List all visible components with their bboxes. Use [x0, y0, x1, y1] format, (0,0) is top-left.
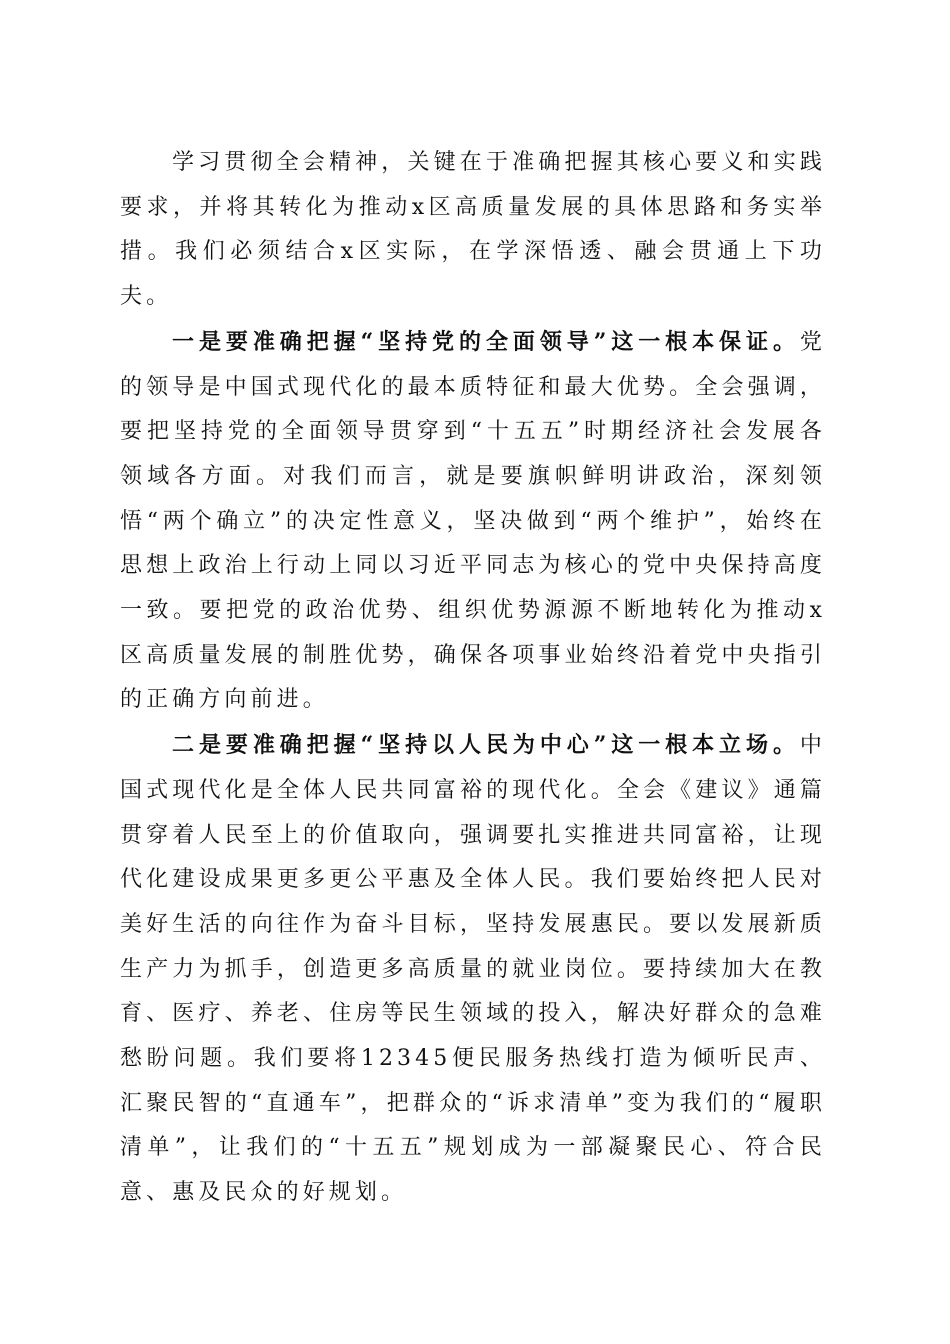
paragraph-intro: 学习贯彻全会精神，关键在于准确把握其核心要义和实践要求，并将其转化为推动x区高质…	[120, 140, 826, 320]
paragraph-lead: 二是要准确把握“坚持以人民为中心”这一根本立场。	[172, 732, 800, 758]
paragraph-point-one: 一是要准确把握“坚持党的全面领导”这一根本保证。党的领导是中国式现代化的最本质特…	[120, 320, 826, 723]
paragraph-body: 学习贯彻全会精神，关键在于准确把握其核心要义和实践要求，并将其转化为推动x区高质…	[120, 150, 826, 309]
paragraph-point-two: 二是要准确把握“坚持以人民为中心”这一根本立场。中国式现代化是全体人民共同富裕的…	[120, 723, 826, 1216]
paragraph-body: 中国式现代化是全体人民共同富裕的现代化。全会《建议》通篇贯穿着人民至上的价值取向…	[120, 733, 826, 1205]
paragraph-lead: 一是要准确把握“坚持党的全面领导”这一根本保证。	[172, 329, 800, 355]
document-page: 学习贯彻全会精神，关键在于准确把握其核心要义和实践要求，并将其转化为推动x区高质…	[120, 140, 826, 1216]
paragraph-body: 党的领导是中国式现代化的最本质特征和最大优势。全会强调，要把坚持党的全面领导贯穿…	[120, 330, 826, 713]
